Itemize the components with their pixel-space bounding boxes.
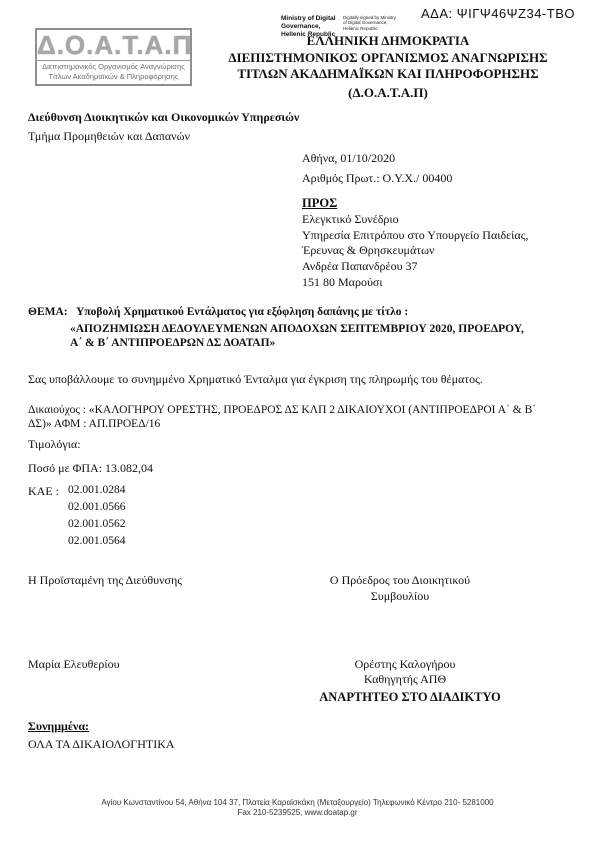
attachments-label: Συνημμένα: xyxy=(28,719,89,734)
logo-subtitle-line2: Τίτλων Ακαδημαϊκών & Πληροφόρησης xyxy=(37,72,190,82)
logo-subtitle-line1: Διεπιστημονικός Οργανισμός Αναγνώρισης xyxy=(37,62,190,72)
signature-left-title: Η Προϊσταμένη της Διεύθυνσης xyxy=(28,573,182,588)
kae-code: 02.001.0284 xyxy=(68,484,126,496)
document-page: ΑΔΑ: ΨΙΓΨ46ΨΖ34-ΤΒΟ Ministry of Digital … xyxy=(0,0,595,842)
posted-on-internet-notice: ΑΝΑΡΤΗΤΕΟ ΣΤΟ ΔΙΑΔΙΚΤΥΟ xyxy=(305,690,515,705)
recipient-line2: Υπηρεσία Επιτρόπου στο Υπουργείο Παιδεία… xyxy=(302,228,528,243)
subject-title-line1: «ΑΠΟΖΗΜΙΩΣΗ ΔΕΔΟΥΛΕΥΜΕΝΩΝ ΑΠΟΔΟΧΩΝ ΣΕΠΤΕ… xyxy=(70,323,524,335)
recipient-street: Ανδρέα Παπανδρέου 37 xyxy=(302,259,418,274)
kae-code: 02.001.0562 xyxy=(68,518,126,530)
header-hellenic-republic: ΕΛΛΗΝΙΚΗ ΔΗΜΟΚΡΑΤΙΑ xyxy=(218,33,558,49)
place-and-date: Αθήνα, 01/10/2020 xyxy=(302,151,395,166)
signature-right-name: Ορέστης Καλογήρου xyxy=(305,657,505,672)
logo-acronym: Δ.Ο.Α.Τ.Α.Π xyxy=(37,30,190,60)
invoices-label: Τιμολόγια: xyxy=(28,437,81,452)
recipient-label: ΠΡΟΣ xyxy=(302,196,337,211)
recipient-line1: Ελεγκτικό Συνέδριο xyxy=(302,212,399,227)
header-organization-line1: ΔΙΕΠΙΣΤΗΜΟΝΙΚΟΣ ΟΡΓΑΝΙΣΜΟΣ ΑΝΑΓΝΩΡΙΣΗΣ xyxy=(218,50,558,66)
sender-directorate: Διεύθυνση Διοικητικών και Οικονομικών Υπ… xyxy=(28,110,299,125)
submission-paragraph: Σας υποβάλλουμε το συνημμένο Χρηματικό Έ… xyxy=(28,372,483,387)
kae-code: 02.001.0564 xyxy=(68,535,126,547)
amount-with-vat: Ποσό με ΦΠΑ: 13.082,04 xyxy=(28,461,153,476)
doatap-logo: Δ.Ο.Α.Τ.Α.Π Διεπιστημονικός Οργανισμός Α… xyxy=(35,28,192,86)
kae-code: 02.001.0566 xyxy=(68,501,126,513)
subject-intro: Υποβολή Χρηματικού Εντάλματος για εξόφλη… xyxy=(76,306,408,318)
logo-subtitle: Διεπιστημονικός Οργανισμός Αναγνώρισης Τ… xyxy=(37,60,190,84)
kae-label: ΚΑΕ : xyxy=(28,484,59,499)
footer-address-line: Αγίου Κωνσταντίνου 54, Αθήνα 104 37, Πλα… xyxy=(0,798,595,807)
attachments-value: ΟΛΑ ΤΑ ΔΙΚΑΙΟΛΟΓΗΤΙΚΑ xyxy=(28,737,175,752)
recipient-line3: Έρευνας & Θρησκευμάτων xyxy=(302,243,434,258)
footer-fax-website-line: Fax 210-5239525, www.doatap.gr xyxy=(0,808,595,817)
subject-line: ΘΕΜΑ: Υποβολή Χρηματικού Εντάλματος για … xyxy=(28,306,408,318)
beneficiary-line1: Δικαιούχος : «ΚΑΛΟΓΗΡΟΥ ΟΡΕΣΤΗΣ, ΠΡΟΕΔΡΟ… xyxy=(28,404,536,416)
signature-right-role: Καθηγητής ΑΠΘ xyxy=(305,672,505,687)
signature-right-title-line2: Συμβουλίου xyxy=(300,589,500,604)
header-acronym: (Δ.Ο.Α.Τ.Α.Π) xyxy=(218,85,558,101)
subject-title-line2: Α΄ & Β΄ ΑΝΤΙΠΡΟΕΔΡΩΝ ΔΣ ΔΟΑΤΑΠ» xyxy=(70,337,275,349)
signature-left-name: Μαρία Ελευθερίου xyxy=(28,657,120,672)
sender-department: Τμήμα Προμηθειών και Δαπανών xyxy=(28,129,190,144)
recipient-postal-city: 151 80 Μαρούσι xyxy=(302,275,383,290)
protocol-number: Αριθμός Πρωτ.: Ο.Υ.Χ./ 00400 xyxy=(302,171,452,186)
header-organization-line2: ΤΙΤΛΩΝ ΑΚΑΔΗΜΑΪΚΩΝ ΚΑΙ ΠΛΗΡΟΦΟΡΗΣΗΣ xyxy=(218,66,558,82)
beneficiary-line2: ΔΣ)» ΑΦΜ : ΑΠ.ΠΡΟΕΔ/16 xyxy=(28,418,160,430)
subject-label: ΘΕΜΑ: xyxy=(28,306,68,318)
signature-right-title-line1: Ο Πρόεδρος του Διοικητικού xyxy=(300,573,500,588)
